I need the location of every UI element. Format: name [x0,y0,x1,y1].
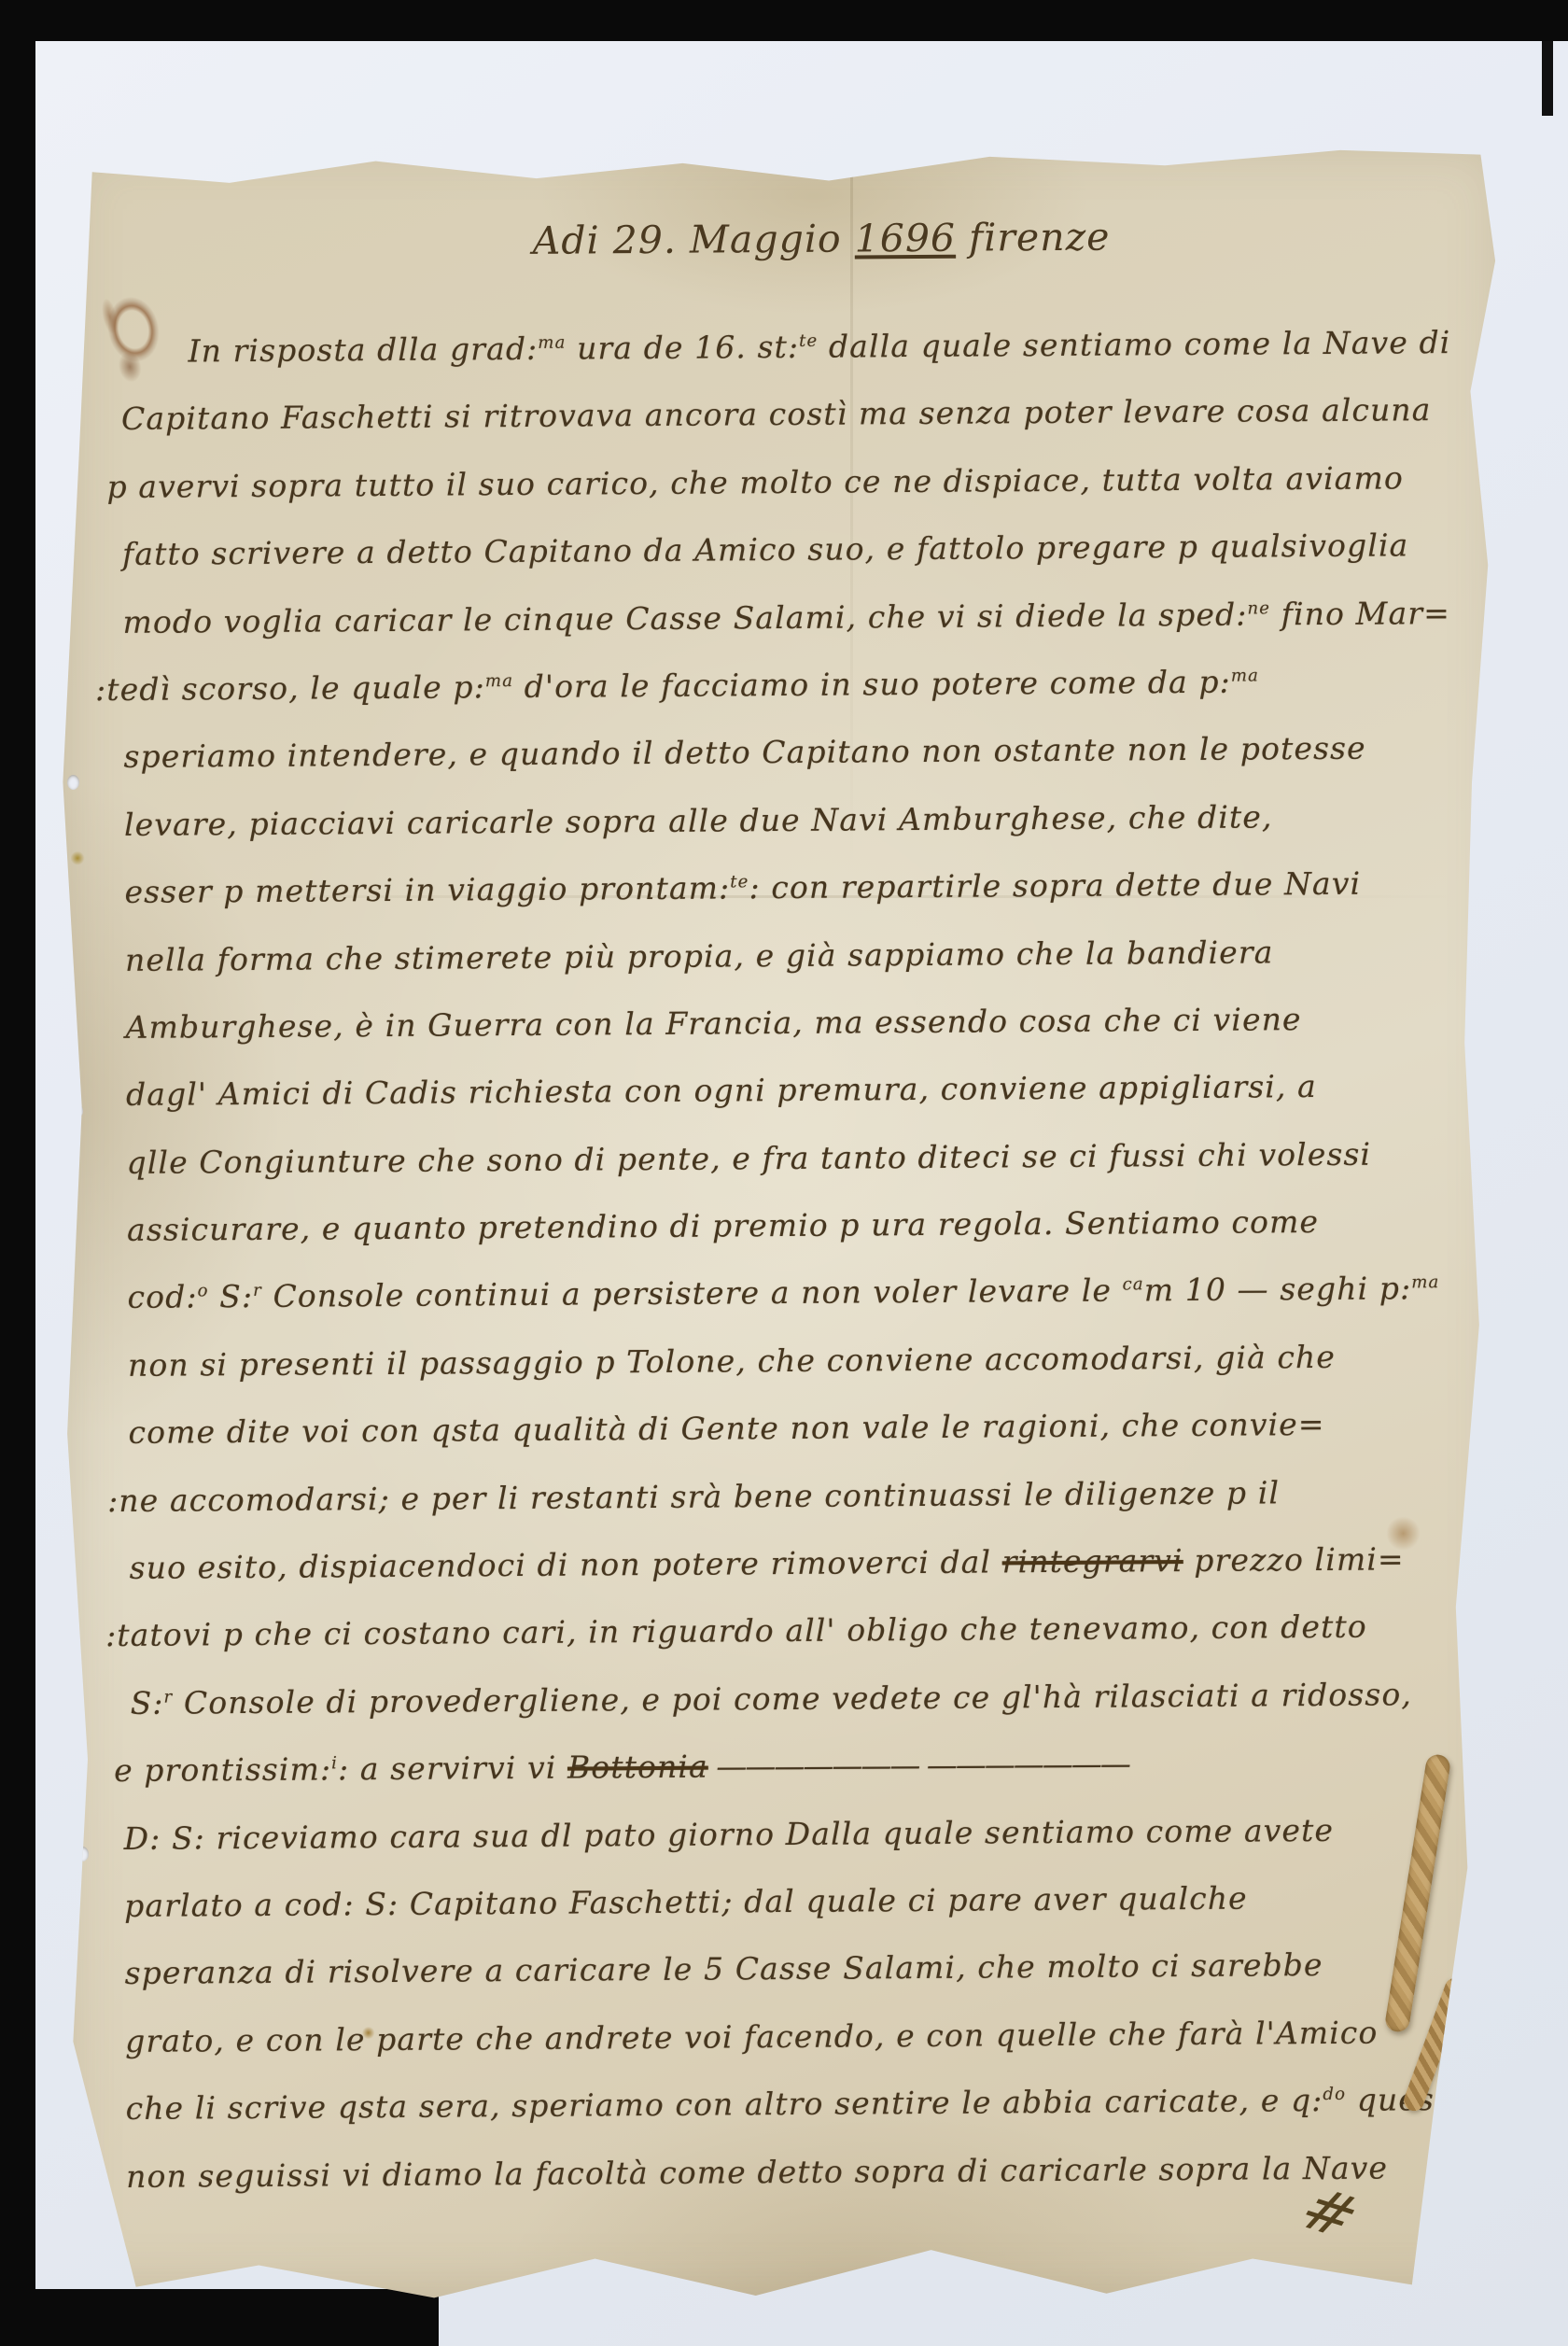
manuscript-segment: suo esito, dispiacendoci di non potere r… [129,1543,1001,1586]
manuscript-line: :tedì scorso, le quale p:ma d'ora le fac… [95,662,1512,739]
scan-border-top [0,0,1568,41]
manuscript-segment: fino Mar= [1270,595,1450,632]
manuscript-line: nella forma che stimerete più propia, e … [125,932,1514,1009]
manuscript-segment: m 10 — seghi p: [1144,1271,1412,1309]
manuscript-line: p avervi sopra tutto il suo carico, che … [106,458,1510,536]
paper-hole [67,775,79,790]
manuscript-segment: : con repartirle sopra dette due Navi [749,865,1361,906]
manuscript-segment: e prontissim: [114,1751,331,1790]
manuscript-segment: modo voglia caricar le cinque Casse Sala… [122,596,1247,639]
manuscript-segment: p avervi sopra tutto il suo carico, che … [106,459,1404,505]
letter-dateline: Adi 29. Maggio 1696 firenze [533,215,1111,263]
manuscript-line: grato, e con le parte che andrete voi fa… [125,2013,1521,2090]
manuscript-line: dagl' Amici di Cadis richiesta con ogni … [126,1067,1515,1145]
manuscript-segment: S: [130,1684,163,1721]
manuscript-segment: firenze [956,215,1111,260]
manuscript-segment: D: S: riceviamo cara sua dl pato giorno … [123,1812,1334,1857]
manuscript-line: :ne accomodarsi; e per li restanti srà b… [107,1472,1518,1550]
manuscript-segment: levare, piacciavi caricarle sopra alle d… [124,798,1273,843]
manuscript-segment: 1696 [855,216,957,261]
scan-border-sliver [1542,41,1553,116]
manuscript-segment: ma [1411,1273,1439,1293]
manuscript-segment: ——————— [927,1746,1129,1784]
manuscript-segment: cod: [127,1279,197,1316]
manuscript-segment: S: [208,1278,253,1314]
manuscript-segment: speranza di risolvere a caricare le 5 Ca… [125,1946,1323,1991]
manuscript-segment: ——————— [716,1747,918,1785]
manuscript-line: speranza di risolvere a caricare le 5 Ca… [125,1946,1521,2023]
manuscript-line: che li scrive qsta sera, speriamo con al… [126,2081,1522,2158]
manuscript-line: speriamo intendere, e quando il detto Ca… [123,729,1512,807]
manuscript-segment: dalla quale sentiamo come la Nave di [818,324,1450,365]
manuscript-segment: ura de 16. st: [566,329,799,367]
manuscript-line: come dite voi con qsta qualità di Gente … [128,1405,1517,1482]
letter-content: Adi 29. Maggio 1696 firenze In risposta … [47,126,1523,2308]
manuscript-segment: come dite voi con qsta qualità di Gente … [128,1406,1324,1451]
manuscript-segment: non seguissi vi diamo la facoltà come de… [126,2149,1388,2194]
manuscript-segment: :ne accomodarsi; e per li restanti srà b… [107,1474,1280,1519]
manuscript-segment: ma [485,671,513,691]
manuscript-line: Capitano Faschetti si ritrovava ancora c… [121,391,1510,469]
scan-border-bottom [0,2289,439,2346]
manuscript-segment: nella forma che stimerete più propia, e … [125,934,1274,978]
manuscript-line: qlle Congiunture che sono di pente, e fr… [126,1134,1515,1212]
scan-border-left [0,0,35,2346]
manuscript-segment: rintegrarvi [1002,1542,1183,1580]
manuscript-line: cod:o S:r Console continui a persistere … [127,1270,1516,1347]
manuscript-line: fatto scrivere a detto Capitano da Amico… [122,527,1511,604]
manuscript-segment: r [163,1687,173,1707]
manuscript-segment: dagl' Amici di Cadis richiesta con ogni … [126,1068,1317,1113]
manuscript-line: esser p mettersi in viaggio prontam:te: … [124,864,1513,942]
manuscript-segment: te [730,872,749,892]
manuscript-segment: ma [1231,666,1259,685]
manuscript-segment: Console continui a persistere a non vole… [262,1272,1123,1314]
manuscript-segment: Adi 29. Maggio [533,216,855,262]
manuscript-segment: Console di provedergliene, e poi come ve… [173,1676,1412,1721]
manuscript-segment: speriamo intendere, e quando il detto Ca… [123,730,1365,775]
manuscript-line: modo voglia caricar le cinque Casse Sala… [122,594,1511,671]
manuscript-segment: Bottonia [567,1749,708,1786]
manuscript-segment: grato, e con le parte che andrete voi fa… [125,2014,1379,2058]
manuscript-segment: parlato a cod: S: Capitano Faschetti; da… [124,1880,1248,1924]
photo-backdrop: Adi 29. Maggio 1696 firenze In risposta … [0,0,1568,2346]
manuscript-segment: fatto scrivere a detto Capitano da Amico… [122,527,1409,572]
manuscript-segment: esser p mettersi in viaggio prontam: [124,870,730,911]
manuscript-segment: te [799,331,818,351]
manuscript-segment: che li scrive qsta sera, speriamo con al… [126,2082,1323,2127]
manuscript-segment: prezzo limi= [1183,1540,1405,1579]
manuscript-segment: do [1323,2085,1346,2104]
manuscript-line: non si presenti il passaggio p Tolone, c… [128,1337,1517,1414]
manuscript-segment: :tedì scorso, le quale p: [95,668,485,708]
manuscript-segment: : a servirvi vi [338,1749,567,1788]
manuscript-segment: Amburghese, è in Guerra con la Francia, … [125,1001,1301,1046]
manuscript-line: e prontissim:i: a servirvi vi Bottonia —… [114,1743,1519,1820]
manuscript-line: :tatovi p che ci costano cari, in riguar… [105,1608,1519,1685]
manuscript-segment: ma [538,333,566,353]
manuscript-line: D: S: riceviamo cara sua dl pato giorno … [123,1810,1519,1888]
manuscript-line: In risposta dlla grad:ma ura de 16. st:t… [188,324,1509,400]
manuscript-segment: r [253,1281,262,1300]
manuscript-line: suo esito, dispiacendoci di non potere r… [129,1540,1518,1618]
manuscript-line: levare, piacciavi caricarle sopra alle d… [124,796,1513,874]
manuscript-segment: non si presenti il passaggio p Tolone, c… [128,1339,1336,1384]
manuscript-segment: In risposta dlla grad: [188,330,538,370]
manuscript-segment: d'ora le facciamo in suo potere come da … [513,664,1231,705]
manuscript-line: assicurare, e quanto pretendino di premi… [127,1202,1516,1280]
manuscript-segment [918,1747,927,1783]
manuscript-line: parlato a cod: S: Capitano Faschetti; da… [124,1878,1520,1956]
letter-lines: In risposta dlla grad:ma ura de 16. st:t… [48,324,1522,2227]
letter-paper: Adi 29. Maggio 1696 firenze In risposta … [54,131,1516,2302]
manuscript-line: S:r Console di provedergliene, e poi com… [130,1675,1519,1752]
manuscript-segment: ne [1247,598,1270,618]
manuscript-line: Amburghese, è in Guerra con la Francia, … [125,999,1514,1076]
manuscript-segment: qlle Congiunture che sono di pente, e fr… [126,1135,1371,1180]
manuscript-segment: :tatovi p che ci costano cari, in riguar… [105,1608,1367,1653]
manuscript-segment: assicurare, e quanto pretendino di premi… [127,1203,1319,1248]
manuscript-segment: ca [1123,1275,1144,1295]
manuscript-segment: o [197,1282,208,1301]
